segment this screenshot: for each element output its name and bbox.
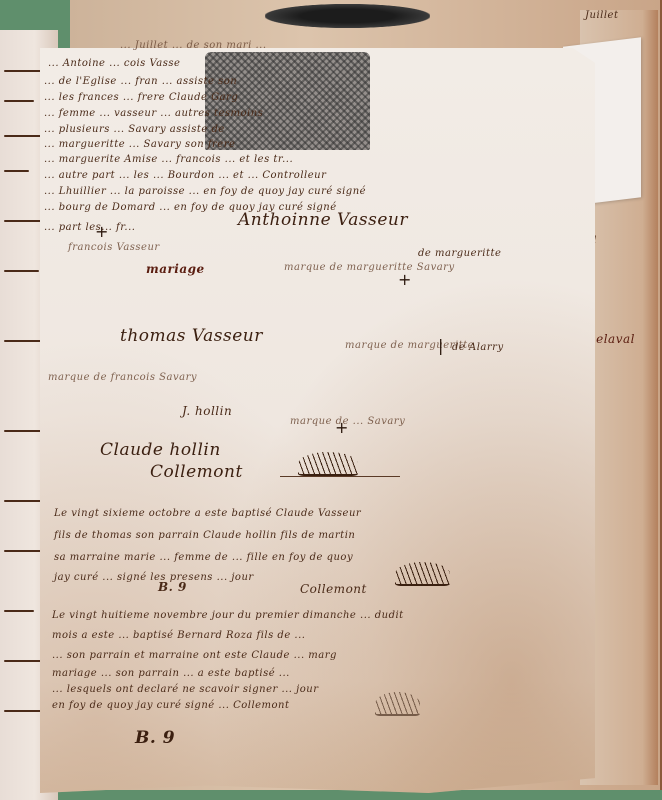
marginal-note-b9: B. 9	[158, 580, 187, 594]
cross-mark-icon: +	[398, 270, 411, 289]
margin-ink-stroke	[4, 220, 44, 222]
text-line: Le vingt sixieme octobre a este baptisé …	[54, 508, 361, 519]
margin-ink-stroke	[4, 550, 44, 552]
text-line: ... lesquels ont declaré ne scavoir sign…	[52, 684, 319, 695]
text-line: ... de l'Eglise ... fran ... assiste son	[44, 76, 237, 87]
signature-francois-vasseur: francois Vasseur	[68, 242, 160, 253]
signature-anthoinne-vasseur: Anthoinne Vasseur	[238, 210, 408, 230]
paraph-flourish-icon	[395, 562, 450, 586]
margin-ink-stroke	[4, 430, 42, 432]
margin-ink-stroke	[4, 270, 39, 272]
text-line: en foy de quoy jay curé signé ... Collem…	[52, 700, 290, 711]
text-line: sa marraine marie ... femme de ... fille…	[54, 552, 353, 563]
text-line: mariage ... son parrain ... a este bapti…	[52, 668, 290, 679]
text-line: jay curé ... signé les presens ... jour	[54, 572, 254, 583]
signature-collemont: Collemont	[150, 462, 243, 482]
margin-ink-stroke	[4, 710, 46, 712]
text-line: ... autre part ... les ... Bourdon ... e…	[44, 170, 326, 181]
text-line: ... Juillet ... de son mari ...	[120, 40, 267, 51]
mark-suffix: de margueritte	[418, 248, 501, 259]
text-line: ... marguerite Amise ... francois ... et…	[44, 154, 293, 165]
mark-francois-savary: marque de francois Savary	[48, 372, 197, 383]
text-line: ... Lhuillier ... la paroisse ... en foy…	[44, 186, 366, 197]
right-margin-note: Juillet	[585, 10, 618, 21]
signature-collemont: Collemont	[300, 582, 367, 596]
text-line: ... part les... fr...	[44, 222, 135, 233]
text-line: ... femme ... vasseur ... autres tesmoin…	[44, 108, 263, 119]
signature-underline	[280, 476, 400, 477]
paraph-flourish-icon	[298, 452, 358, 476]
text-line: mois a este ... baptisé Bernard Roza fil…	[52, 630, 305, 641]
cross-mark-icon: +	[95, 222, 108, 241]
label-mariage: mariage	[146, 262, 205, 276]
text-line: Le vingt huitieme novembre jour du premi…	[52, 610, 404, 621]
text-line: ... les frances ... frere Claude Garg	[44, 92, 238, 103]
mark-margueritte-savary: marque de margueritte Savary	[284, 262, 455, 273]
marginal-note-b9: B. 9	[135, 728, 175, 748]
margin-ink-stroke	[4, 170, 29, 172]
paraph-flourish-icon	[375, 692, 420, 716]
text-line: ... Antoine ... cois Vasse	[48, 58, 180, 69]
text-line: ... plusieurs ... Savary assiste de	[44, 124, 225, 135]
margin-ink-stroke	[4, 610, 34, 612]
signature-claude-hollin: Claude hollin	[100, 440, 221, 460]
signature-j-hollin: J. hollin	[182, 404, 232, 418]
back-sheet-stamp	[265, 4, 430, 28]
mark-suffix: de Alarry	[452, 342, 504, 353]
signature-thomas-vasseur: thomas Vasseur	[120, 326, 263, 346]
text-line: fils de thomas son parrain Claude hollin…	[54, 530, 355, 541]
text-line: ... son parrain et marraine ont este Cla…	[52, 650, 337, 661]
text-line: ... margueritte ... Savary son frere	[44, 139, 235, 150]
margin-ink-stroke	[4, 100, 34, 102]
margin-ink-stroke	[4, 70, 44, 72]
cross-mark-icon: |	[438, 336, 443, 355]
cross-mark-icon: +	[335, 418, 348, 437]
